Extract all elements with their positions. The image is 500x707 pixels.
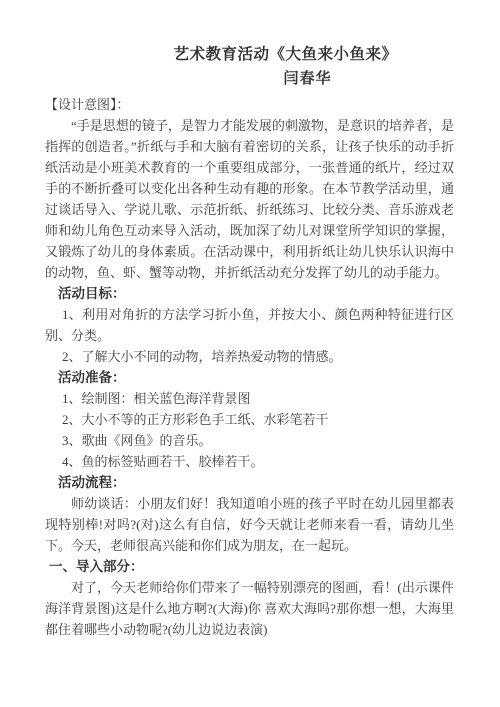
process-intro-paragraph: 师幼谈话：小朋友们好！我知道咱小班的孩子平时在幼儿园里都表现特别棒!对吗?(对)… (45, 493, 454, 556)
preparation-item: 1、绘制图：相关蓝色海洋背景图 (45, 388, 454, 409)
design-intent-label: 【设计意图】： (45, 94, 454, 115)
preparations-heading: 活动准备： (45, 367, 454, 388)
goal-item: 1、利用对角折的方法学习折小鱼，并按大小、颜色两种特征进行区别、分类。 (45, 304, 454, 346)
part1-heading: 一、导入部分： (45, 556, 454, 577)
preparation-item: 2、大小不等的正方形彩色手工纸、水彩笔若干 (45, 409, 454, 430)
process-heading: 活动流程： (45, 472, 454, 493)
document-author: 闫春华 (45, 67, 454, 91)
preparation-item: 3、歌曲《网鱼》的音乐。 (45, 430, 454, 451)
part1-paragraph: 对了，今天老师给你们带来了一幅特别漂亮的图画，看！(出示课件海洋背景图)这是什么… (45, 577, 454, 640)
document-page: 艺术教育活动《大鱼来小鱼来》 闫春华 【设计意图】： “手是思想的镜子，是智力才… (0, 0, 500, 707)
preparation-item: 4、鱼的标签贴画若干、胶棒若干。 (45, 451, 454, 472)
design-intent-paragraph: “手是思想的镜子，是智力才能发展的刺激物，是意识的培养者，是指挥的创造者。”折纸… (45, 115, 454, 283)
goal-item: 2、了解大小不同的动物，培养热爱动物的情感。 (45, 346, 454, 367)
goals-heading: 活动目标： (45, 283, 454, 304)
document-content: 艺术教育活动《大鱼来小鱼来》 闫春华 【设计意图】： “手是思想的镜子，是智力才… (45, 42, 454, 640)
document-title: 艺术教育活动《大鱼来小鱼来》 (45, 42, 454, 67)
